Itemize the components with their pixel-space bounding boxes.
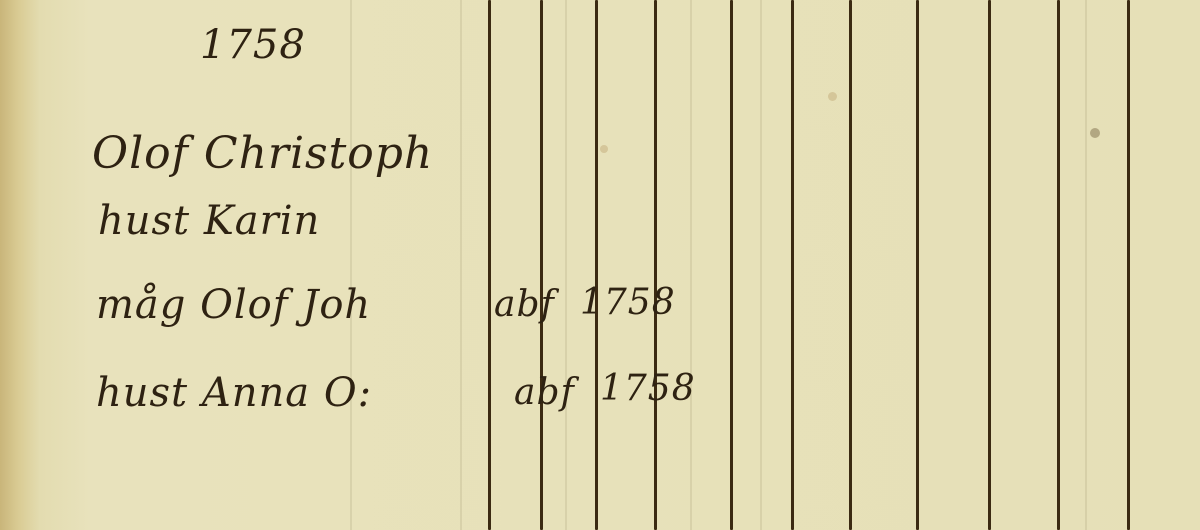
column-rule [849,0,852,530]
faint-ruling [760,0,762,530]
column-rule [1057,0,1060,530]
faint-ruling [690,0,692,530]
column-rule [916,0,919,530]
entry-wife-karin: hust Karin [98,198,320,244]
heading-year: 1758 [200,22,306,68]
paper-stain [828,92,837,101]
faint-ruling [565,0,567,530]
entry-son-in-law-olof: måg Olof Joh [96,282,371,328]
column-rule [488,0,491,530]
faint-ruling [1085,0,1087,530]
paper-stain [600,145,608,153]
entry-note-abf: abf [494,284,555,325]
entry-name-olof-christoph: Olof Christoph [92,128,433,179]
entry-year: 1758 [580,282,676,323]
entry-year: 1758 [600,368,696,409]
faint-ruling [350,0,352,530]
column-rule [988,0,991,530]
column-rule [730,0,733,530]
column-rule [540,0,543,530]
paper-stain [1090,128,1100,138]
entry-note-abf: abf [514,372,575,413]
column-rule [595,0,598,530]
column-rule [791,0,794,530]
column-rule [654,0,657,530]
column-rule [1127,0,1130,530]
faint-ruling [460,0,462,530]
register-page: 1758 Olof Christoph hust Karin måg Olof … [0,0,1200,530]
entry-wife-anna: hust Anna O: [96,370,372,416]
